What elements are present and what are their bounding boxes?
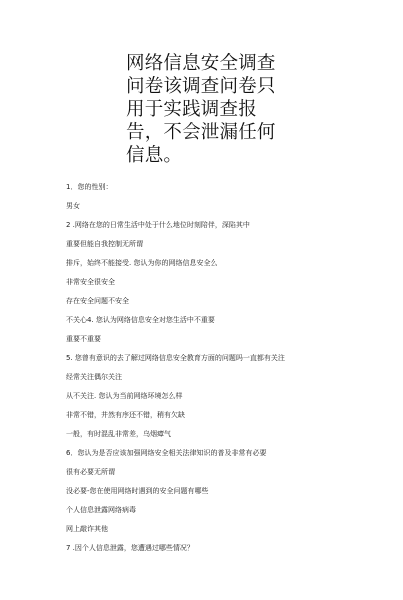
answer-options: 男女 bbox=[66, 202, 306, 211]
title-line: 问卷该调查问卷只 bbox=[126, 75, 296, 98]
title-line: 告，不会泄漏任何 bbox=[126, 121, 296, 144]
answer-options: 不关心4. 您认为网络信息安全对您生活中不重要 bbox=[66, 316, 306, 325]
answer-options: 重要不重要 bbox=[66, 335, 306, 344]
question-7: 7 .因个人信息泄露，您遭遇过哪些情况？ bbox=[66, 544, 306, 553]
answer-options: 非常安全很安全 bbox=[66, 278, 306, 287]
answer-options: 个人信息泄露网络病毒 bbox=[66, 506, 306, 515]
answer-options: 排斥，始终不能接受. 您认为你的网络信息安全么 bbox=[66, 259, 306, 268]
answer-options: 没必要-您在使用网络时遇到的安全问题有哪些 bbox=[66, 487, 306, 496]
question-5: 5. 您曾有意识的去了解过网络信息安全教育方面的问题吗一直都有关注 bbox=[66, 354, 306, 363]
answer-options: 从不关注. 您认为当前网络环境怎么样 bbox=[66, 392, 306, 401]
title-line: 信息。 bbox=[126, 144, 296, 167]
question-6: 6．您认为是否应该加强网络安全相关法律知识的普及非常有必要 bbox=[66, 449, 306, 458]
document-title: 网络信息安全调查 问卷该调查问卷只 用于实践调查报 告，不会泄漏任何 信息。 bbox=[126, 52, 296, 167]
answer-options: 一般，有时混乱非常差，乌烟瘴气 bbox=[66, 430, 306, 439]
question-2: 2 .网络在您的日常生活中处于什么地位时刻陪伴，深陷其中 bbox=[66, 221, 306, 230]
answer-options: 经常关注偶尔关注 bbox=[66, 373, 306, 382]
title-line: 用于实践调查报 bbox=[126, 98, 296, 121]
answer-options: 存在安全问题不安全 bbox=[66, 297, 306, 306]
answer-options: 网上敲诈其他 bbox=[66, 525, 306, 534]
answer-options: 很有必要无所谓 bbox=[66, 468, 306, 477]
title-line: 网络信息安全调查 bbox=[126, 52, 296, 75]
survey-body: 1．您的性别： 男女 2 .网络在您的日常生活中处于什么地位时刻陪伴，深陷其中 … bbox=[66, 183, 306, 553]
answer-options: 非常不错，井然有序还不错，稍有欠缺 bbox=[66, 411, 306, 420]
answer-options: 重要但能自我控制无所谓 bbox=[66, 240, 306, 249]
question-1: 1．您的性别： bbox=[66, 183, 306, 192]
